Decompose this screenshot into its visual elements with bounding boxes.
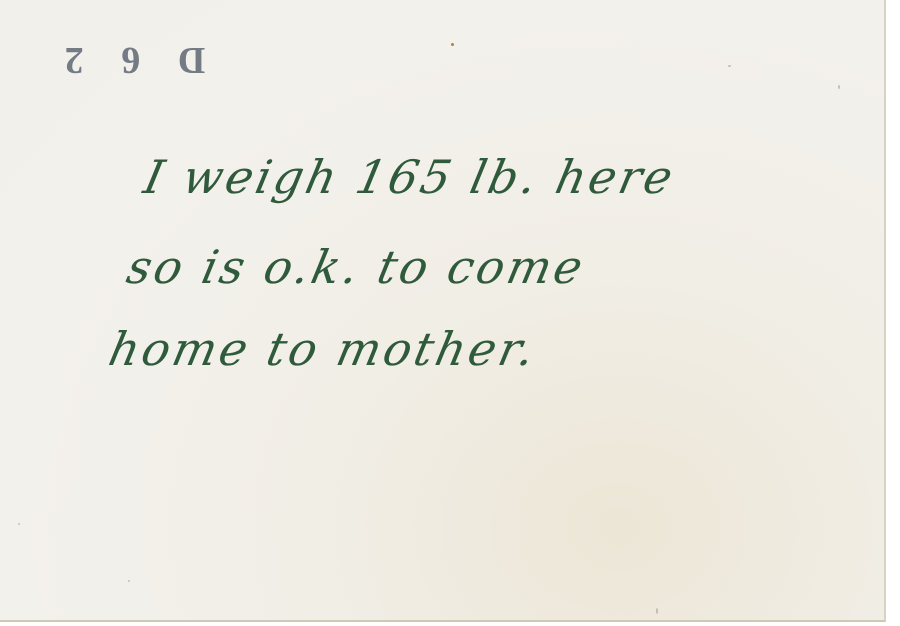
stamp-code: D 6 2: [48, 38, 208, 82]
note-line-2: so is o.k. to come: [122, 240, 590, 294]
ink-spot: [451, 43, 454, 46]
paper-speck: [656, 608, 658, 614]
paper-speck: [18, 523, 20, 525]
note-line-3: home to mother.: [104, 322, 542, 376]
photo-card-back: D 6 2 I weigh 165 lb. here so is o.k. to…: [0, 0, 886, 622]
paper-speck: [128, 580, 130, 582]
paper-speck: [728, 65, 731, 67]
note-line-1: I weigh 165 lb. here: [139, 150, 680, 204]
paper-speck: [838, 85, 840, 89]
